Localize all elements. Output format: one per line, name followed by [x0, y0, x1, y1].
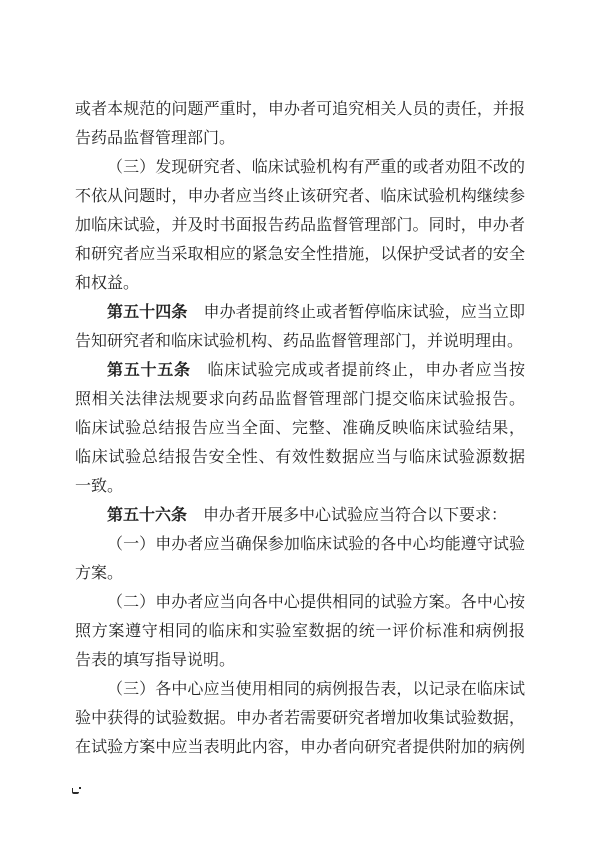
text-line: （三）各中心应当使用相同的病例报告表，以记录在临床试	[75, 675, 525, 704]
text-line: 加临床试验，并及时书面报告药品监督管理部门。同时，申办者	[75, 211, 525, 240]
text-line: 或者本规范的问题严重时，申办者可追究相关人员的责任，并报	[75, 95, 525, 124]
text-line: 验中获得的试验数据。申办者若需要研究者增加收集试验数据，	[75, 704, 525, 733]
text-line: （一）申办者应当确保参加临床试验的各中心均能遵守试验	[75, 530, 525, 559]
text-line: 和研究者应当采取相应的紧急安全性措施，以保护受试者的安全	[75, 240, 525, 269]
text-line: 告知研究者和临床试验机构、药品监督管理部门，并说明理由。	[75, 327, 525, 356]
scan-artifact-mark	[72, 787, 81, 793]
text-line: 告表的填写指导说明。	[75, 646, 525, 675]
article-number: 第五十五条	[107, 362, 191, 379]
text-line: （二）申办者应当向各中心提供相同的试验方案。各中心按	[75, 588, 525, 617]
text-line: 方案。	[75, 559, 525, 588]
text-line: （三）发现研究者、临床试验机构有严重的或者劝阻不改的	[75, 153, 525, 182]
text-line: 在试验方案中应当表明此内容，申办者向研究者提供附加的病例	[75, 733, 525, 762]
article-number: 第五十六条	[107, 507, 187, 524]
text-line: 第五十五条 临床试验完成或者提前终止，申办者应当按	[75, 356, 525, 385]
text-line: 第五十六条 申办者开展多中心试验应当符合以下要求：	[75, 501, 525, 530]
text-line: 临床试验总结报告安全性、有效性数据应当与临床试验源数据	[75, 443, 525, 472]
text-line: 临床试验总结报告应当全面、完整、准确反映临床试验结果，	[75, 414, 525, 443]
text-line: 不依从问题时，申办者应当终止该研究者、临床试验机构继续参	[75, 182, 525, 211]
text-line: 和权益。	[75, 269, 525, 298]
text-line: 第五十四条 申办者提前终止或者暂停临床试验，应当立即	[75, 298, 525, 327]
article-number: 第五十四条	[107, 304, 187, 321]
text-line: 一致。	[75, 472, 525, 501]
text-line: 照方案遵守相同的临床和实验室数据的统一评价标准和病例报	[75, 617, 525, 646]
document-page: 或者本规范的问题严重时，申办者可追究相关人员的责任，并报告药品监督管理部门。（三…	[0, 0, 595, 841]
text-line: 照相关法律法规要求向药品监督管理部门提交临床试验报告。	[75, 385, 525, 414]
document-text-block: 或者本规范的问题严重时，申办者可追究相关人员的责任，并报告药品监督管理部门。（三…	[75, 95, 525, 762]
text-line: 告药品监督管理部门。	[75, 124, 525, 153]
